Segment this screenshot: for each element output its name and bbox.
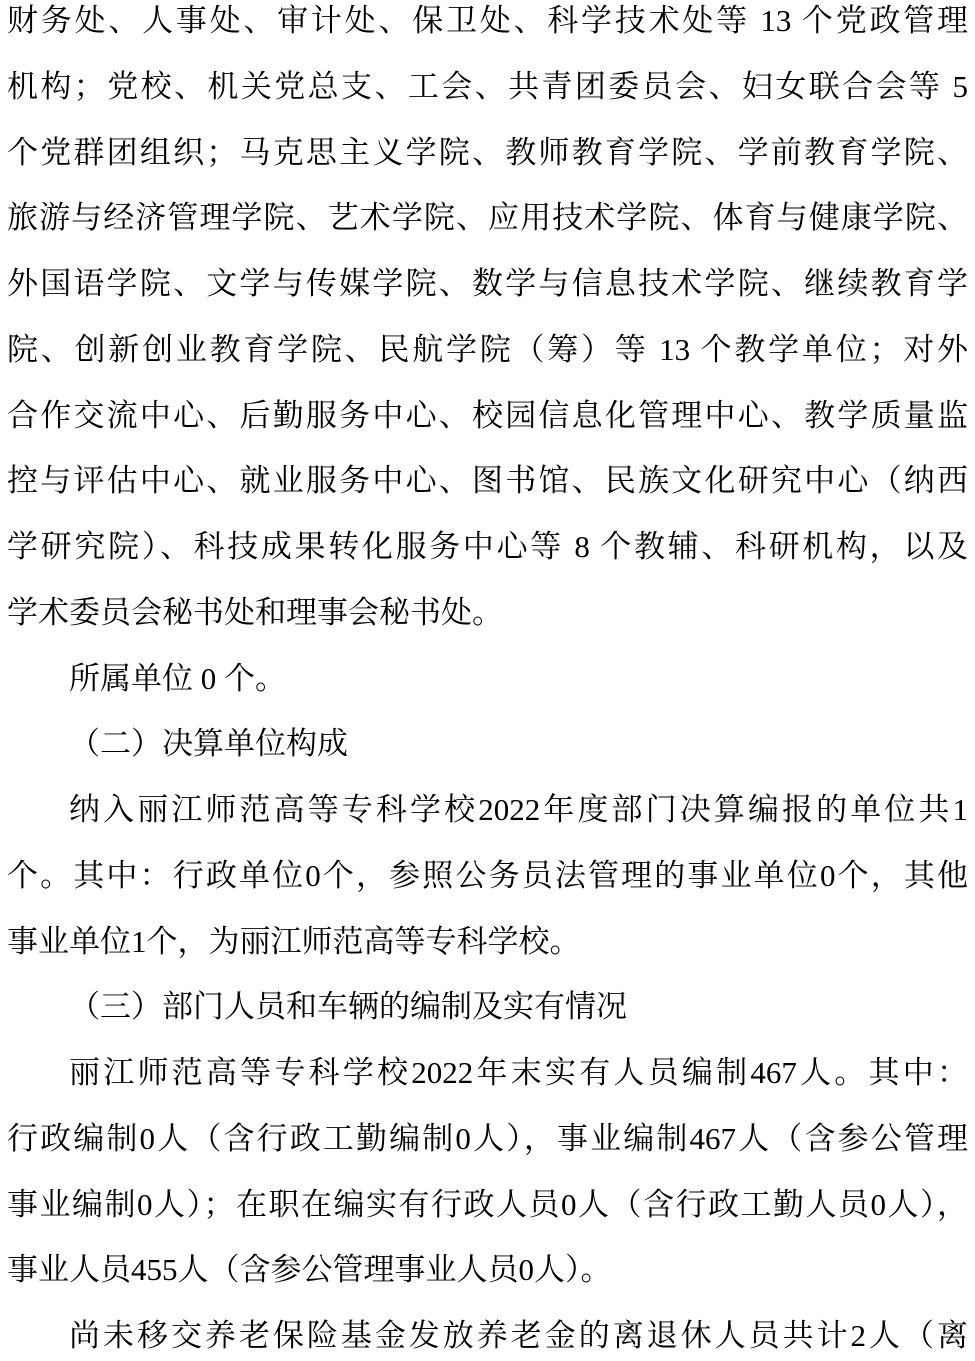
paragraph-retirees: 尚未移交养老保险基金发放养老金的离退休人员共计2人（离	[7, 1303, 968, 1361]
text-line: 财务处、人事处、审计处、保卫处、科学技术处等 13 个党政管理	[7, 0, 968, 54]
text-line: 控与评估中心、就业服务中心、图书馆、民族文化研究中心（纳西	[7, 448, 968, 514]
text-line: 机构；党校、机关党总支、工会、共青团委员会、妇女联合会等 5	[7, 54, 968, 120]
document-page: 财务处、人事处、审计处、保卫处、科学技术处等 13 个党政管理 机构；党校、机关…	[0, 0, 975, 1361]
paragraph-staffing-figures: 丽江师范高等专科学校2022年末实有人员编制467人。其中： 行政编制0人（含行…	[7, 1040, 968, 1303]
section-heading-text: （三）部门人员和车辆的编制及实有情况	[7, 974, 968, 1040]
text-line: 所属单位 0 个。	[7, 646, 968, 712]
text-line: 外国语学院、文学与传媒学院、数学与信息技术学院、继续教育学	[7, 251, 968, 317]
text-line: 事业单位1个，为丽江师范高等专科学校。	[7, 909, 968, 975]
text-line: 学术委员会秘书处和理事会秘书处。	[7, 580, 968, 646]
paragraph-org-structure: 财务处、人事处、审计处、保卫处、科学技术处等 13 个党政管理 机构；党校、机关…	[7, 0, 968, 646]
text-line: 纳入丽江师范高等专科学校2022年度部门决算编报的单位共1	[7, 777, 968, 843]
text-line: 个。其中：行政单位0个，参照公务员法管理的事业单位0个，其他	[7, 843, 968, 909]
text-line: 行政编制0人（含行政工勤编制0人），事业编制467人（含参公管理	[7, 1106, 968, 1172]
text-line: 个党群团组织；马克思主义学院、教师教育学院、学前教育学院、	[7, 120, 968, 186]
paragraph-subordinate-units: 所属单位 0 个。	[7, 646, 968, 712]
section-heading-3: （三）部门人员和车辆的编制及实有情况	[7, 974, 968, 1040]
text-line: 合作交流中心、后勤服务中心、校园信息化管理中心、教学质量监	[7, 383, 968, 449]
text-line: 旅游与经济管理学院、艺术学院、应用技术学院、体育与健康学院、	[7, 185, 968, 251]
text-line: 事业人员455人（含参公管理事业人员0人）。	[7, 1237, 968, 1303]
text-line: 丽江师范高等专科学校2022年末实有人员编制467人。其中：	[7, 1040, 968, 1106]
section-heading-text: （二）决算单位构成	[7, 711, 968, 777]
text-line: 学研究院）、科技成果转化服务中心等 8 个教辅、科研机构，以及	[7, 514, 968, 580]
text-line: 院、创新创业教育学院、民航学院（筹）等 13 个教学单位；对外	[7, 317, 968, 383]
text-line: 尚未移交养老保险基金发放养老金的离退休人员共计2人（离	[7, 1303, 968, 1361]
document-body: 财务处、人事处、审计处、保卫处、科学技术处等 13 个党政管理 机构；党校、机关…	[7, 0, 968, 1361]
section-heading-2: （二）决算单位构成	[7, 711, 968, 777]
paragraph-unit-composition: 纳入丽江师范高等专科学校2022年度部门决算编报的单位共1 个。其中：行政单位0…	[7, 777, 968, 974]
text-line: 事业编制0人）；在职在编实有行政人员0人（含行政工勤人员0人），	[7, 1172, 968, 1238]
